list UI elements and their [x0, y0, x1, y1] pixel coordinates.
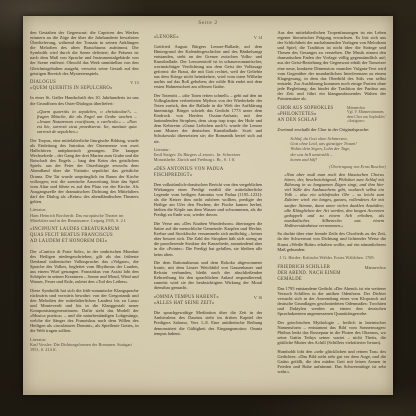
- heading-lines: DIALOGUS«QUEM QUERITIS IN SEPULCHRO»: [30, 80, 113, 92]
- text-column-2: «LENORE»V 14Gottfried August Bürgers Len…: [154, 30, 263, 390]
- literature-note: Literatur:Hans Heinrich Borcherdt: Das e…: [30, 207, 139, 222]
- literature-text: Hans Heinrich Borcherdt: Das europäische…: [30, 213, 139, 223]
- verse-block: Schlaf, du Gott ohne Schmerzen,Gott ohne…: [277, 136, 386, 169]
- heading-side-note: MännerchorVgl. V. Männerstimmen,dem Chor…: [347, 106, 386, 125]
- paragraph: Die sprachgewaltige Meditation über die …: [154, 310, 263, 335]
- heading-line: «DES ANTONIUS VON PADUA FISCHPREDIGT»: [154, 167, 263, 179]
- paragraph: Gottfried August Bürgers Lenore-Ballade,…: [154, 44, 263, 90]
- section-heading: CHOR AUS SOPHOKLES«PHILOKTETES»AN DEN SC…: [277, 106, 386, 125]
- paragraph: Der Tropus, eine mittelalterliche liturg…: [30, 138, 139, 204]
- heading-lines: «OMNIA TEMPUS HABENT»«ALLES HAT SEINE ZE…: [154, 295, 219, 307]
- heading-marker: Männerchor: [365, 265, 386, 270]
- heading-marker: V 14: [254, 35, 263, 40]
- heading-line: AN DEN SCHLAF: [277, 118, 333, 124]
- heading-marker: V 13: [130, 80, 139, 85]
- heading-lines: FRIEDRICH SCHILLERDER ABEND. NACH EINEM …: [277, 265, 361, 283]
- section-heading: DIALOGUS«QUEM QUERITIS IN SEPULCHRO»V 13: [30, 80, 139, 92]
- paragraph: Der «Cantico di Frate Sole», in der umbr…: [30, 249, 139, 285]
- text-column-3: Aus den mittelalterlichen Tropenfassunge…: [277, 30, 386, 390]
- paragraph: Den volkstümlich-drastischen Bericht von…: [154, 182, 263, 218]
- quoted-paragraph: «Nun aber muß man noch den klassischen C…: [284, 172, 384, 228]
- paragraph: Die dem Rationalismus und dem Rokoko abg…: [154, 260, 263, 290]
- paragraph: Der griechischen Mythologie – freilich i…: [277, 320, 386, 345]
- verse-attribution: (Übertragung von Ernst Buschor): [277, 164, 386, 169]
- heading-lines: CHOR AUS SOPHOKLES«PHILOKTETES»AN DEN SC…: [277, 106, 333, 124]
- paragraph: Die Verse aus «Des Knaben Wunderhorn» üb…: [154, 221, 263, 257]
- heading-lines: «DES ANTONIUS VON PADUA FISCHPREDIGT»: [154, 167, 263, 179]
- paragraph: Humboldt lobt den «sehr glücklichen und …: [277, 349, 386, 374]
- citation: J. G. Herder: Kritische Wälder. Erstes W…: [279, 255, 386, 260]
- paragraph: In einer St. Galler Handschrift des 10. …: [30, 95, 139, 105]
- literature-note: Literatur:Emil Staiger: Zu Bürgers «Leno…: [154, 147, 263, 162]
- quoted-paragraph: «Quem quaeritis in sepulchro, o christic…: [37, 109, 137, 134]
- text-column-1: den Gestalten der Gegenwart: die Caprice…: [30, 30, 139, 390]
- columns: den Gestalten der Gegenwart: die Caprice…: [30, 30, 386, 390]
- liner-notes-sheet: Seite 2 den Gestalten der Gegenwart: die…: [23, 16, 393, 395]
- paragraph: Diese Symbolik hat sich die früh-romanis…: [30, 288, 139, 334]
- paragraph: Zweimal erschallt der Chor in der Origin…: [277, 127, 386, 132]
- section-heading: FRIEDRICH SCHILLERDER ABEND. NACH EINEM …: [277, 265, 386, 283]
- side-note-line: «Antigone»: [347, 119, 386, 124]
- verse-quote: Schlaf, du Gott ohne Schmerzen,Gott ohne…: [290, 136, 386, 163]
- photo-of-record-back-cover: { "page": { "number_label": "Seite 2", "…: [0, 0, 416, 416]
- heading-lines: «LENORE»: [154, 35, 179, 41]
- paragraph: Der Totenritt – «die Toten reiten schnel…: [154, 93, 263, 144]
- heading-line: «QUEM QUERITIS IN SEPULCHRO»: [30, 86, 113, 92]
- verse-line: komm und hilf!: [290, 157, 386, 162]
- section-heading: «DES ANTONIUS VON PADUA FISCHPREDIGT»: [154, 167, 263, 179]
- heading-line: AD LAUDEM ET HONOREM DEI»: [30, 239, 119, 245]
- paragraph: Aus den mittelalterlichen Tropenfassunge…: [277, 30, 386, 101]
- section-heading: «LENORE»V 14: [154, 35, 263, 41]
- heading-line: «LENORE»: [154, 35, 179, 41]
- page-number: Seite 2: [23, 20, 393, 26]
- literature-text: Emil Staiger: Zu Bürgers «Lenore». In: S…: [154, 152, 263, 162]
- heading-lines: «INCIPIUNT LAUDES CREATURARUMQUAS FECIT …: [30, 227, 119, 245]
- heading-line: «ALLES HAT SEINE ZEIT»: [154, 301, 219, 307]
- paragraph: den Gestalten der Gegenwart: die Caprice…: [30, 30, 139, 76]
- literature-text: Karl Vossler: Die Dichtungsformen der Ro…: [30, 342, 139, 352]
- section-heading: «INCIPIUNT LAUDES CREATURARUMQUAS FECIT …: [30, 227, 139, 245]
- literature-note: Literatur:Karl Vossler: Die Dichtungsfor…: [30, 337, 139, 352]
- heading-marker: V 16: [254, 295, 263, 300]
- section-heading: «OMNIA TEMPUS HABENT»«ALLES HAT SEINE ZE…: [154, 295, 263, 307]
- heading-line: DER ABEND. NACH EINEM GEMÄLDE: [277, 271, 361, 283]
- paragraph: So dachte über eine fremde Zeile des Cho…: [277, 231, 386, 251]
- paragraph: Das 1795 entstandene Gedicht «Der Abend»…: [277, 286, 386, 316]
- heading-line: CHOR AUS SOPHOKLES: [277, 106, 333, 112]
